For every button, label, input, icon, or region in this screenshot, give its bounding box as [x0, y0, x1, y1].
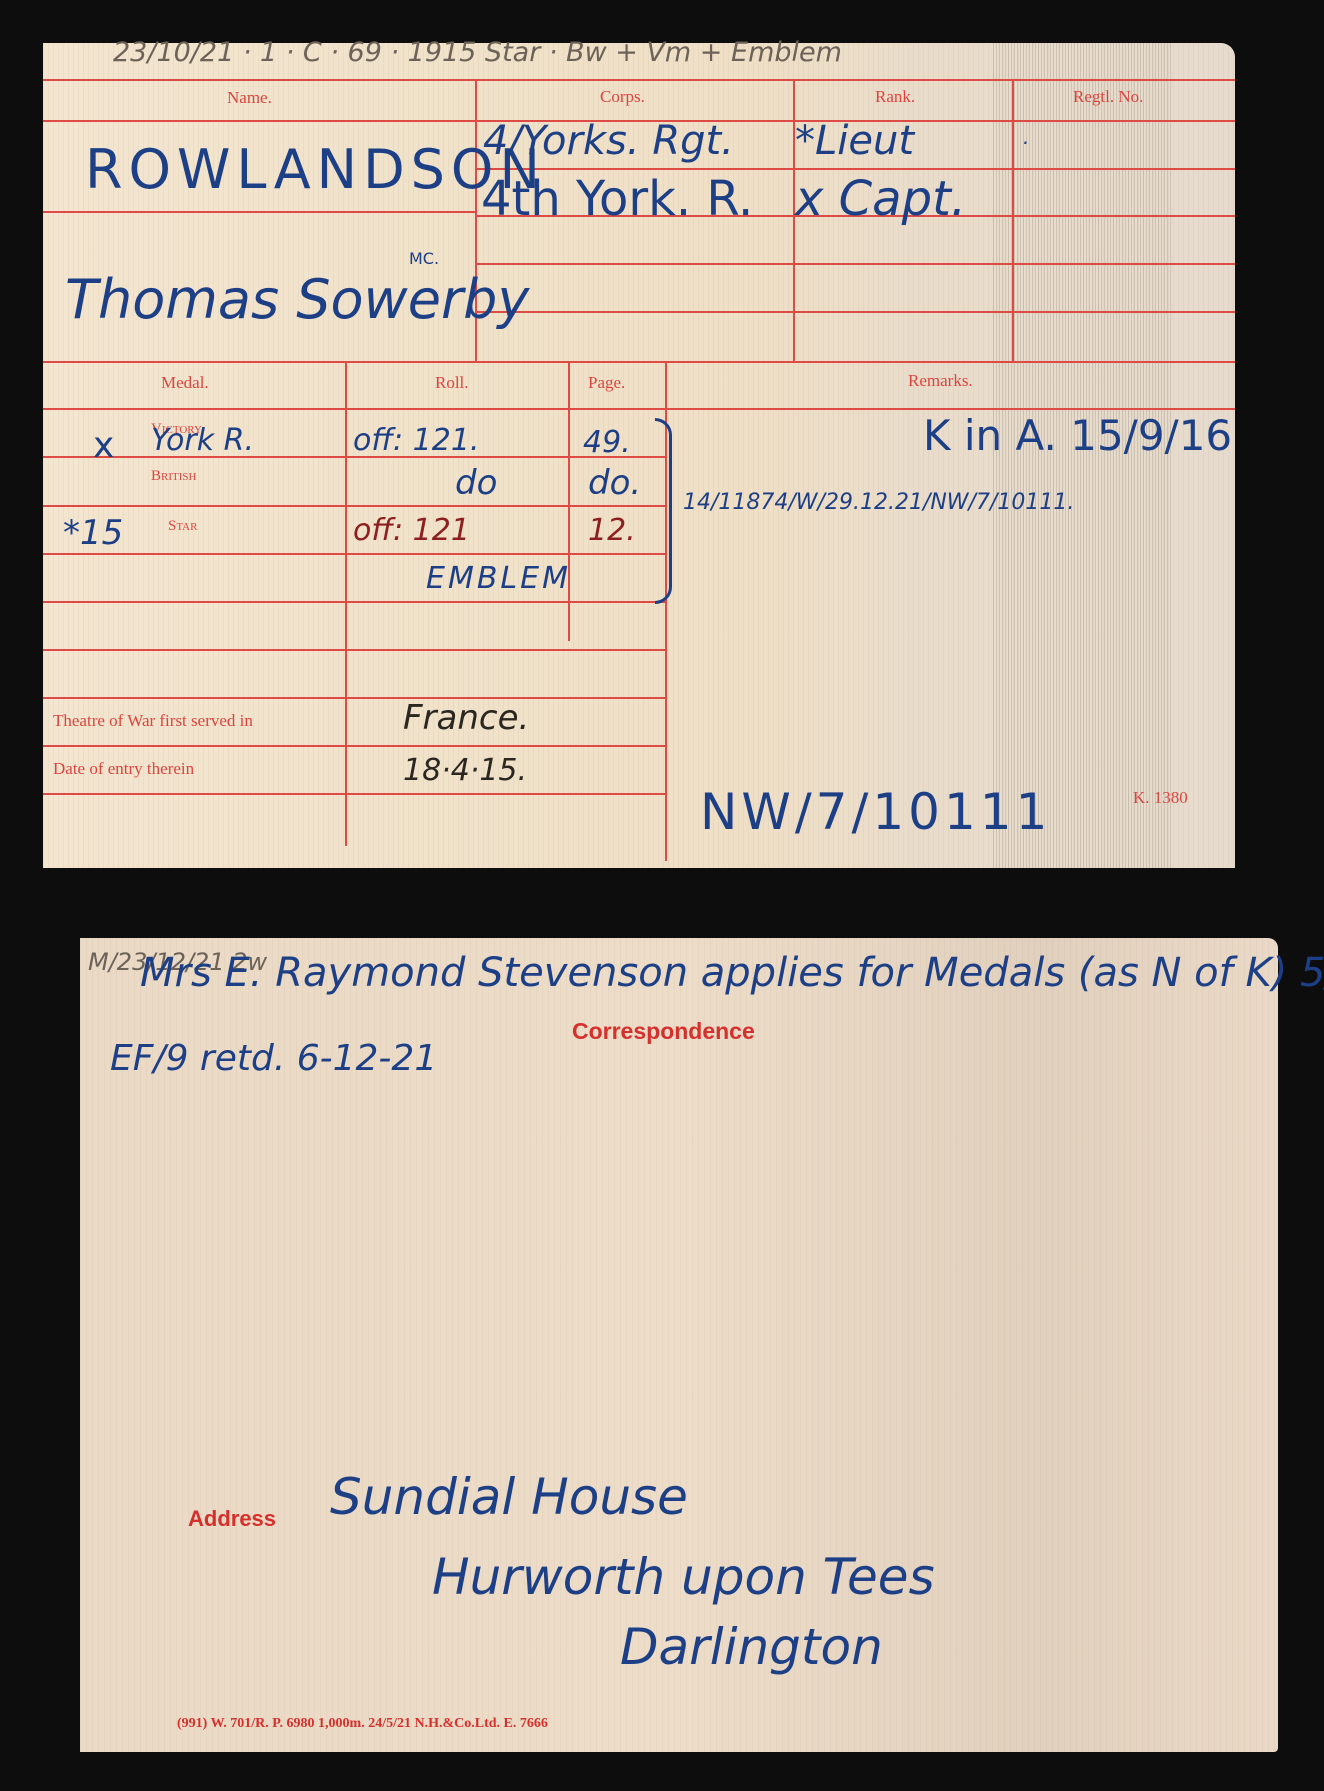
medal-row-3-printed: Star: [168, 518, 197, 535]
col-divider-rank: [1012, 79, 1014, 363]
printer-line: (991) W. 701/R. P. 6980 1,000m. 24/5/21 …: [177, 1716, 548, 1732]
top-annotation: 23/10/21 · 1 · C · 69 · 1915 Star · Bw +…: [113, 37, 842, 68]
address-line-1: Sundial House: [330, 1468, 688, 1526]
medal-row-2-printed: British: [151, 468, 196, 485]
rule-name-header: [43, 120, 475, 122]
rule-name-mid: [43, 211, 475, 213]
medal-row-2-roll: do: [455, 463, 497, 503]
rule-medal-8: [43, 793, 665, 795]
rule-medal-4: [43, 601, 665, 603]
rule-medal-6: [43, 697, 665, 699]
medal-row-1-note: York R.: [151, 423, 254, 458]
date-entry-label: Date of entry therein: [53, 759, 194, 779]
correspondence-line-1: Mrs E. Raymond Stevenson applies for Med…: [140, 950, 1324, 996]
remarks-header: Remarks.: [908, 371, 973, 391]
col-divider-medal: [345, 361, 347, 846]
medal-row-1-page: 49.: [583, 425, 631, 460]
roll-header: Roll.: [435, 373, 469, 393]
medal-row-1-roll: off: 121.: [353, 423, 479, 458]
address-label: Address: [188, 1506, 276, 1532]
honour-mc: MC.: [409, 249, 439, 268]
rule-medal-5: [43, 649, 665, 651]
rule-row-1: [477, 168, 1235, 170]
date-entry-value: 18·4·15.: [403, 753, 527, 788]
rule-medal-3: [43, 553, 665, 555]
medal-row-3-page: 12.: [588, 513, 636, 548]
rule-section-1: [43, 361, 1235, 363]
rank-header: Rank.: [875, 87, 915, 107]
rule-row-3: [477, 263, 1235, 265]
correspondence-line-2: EF/9 retd. 6-12-21: [110, 1038, 437, 1079]
medal-row-2-page: do.: [588, 463, 641, 503]
correspondence-title: Correspondence: [572, 1018, 755, 1045]
rank-line-1: *Lieut: [795, 118, 914, 164]
medal-index-card-front: 23/10/21 · 1 · C · 69 · 1915 Star · Bw +…: [43, 43, 1235, 868]
medal-row-3-roll: off: 121: [353, 513, 470, 548]
regtl-no-header: Regtl. No.: [1073, 87, 1143, 107]
medal-row-4-emblem: EMBLEM: [426, 561, 571, 596]
rule-row-4: [477, 311, 1235, 313]
file-reference: NW/7/10111: [700, 783, 1051, 841]
remarks-line-2: 14/11874/W/29.12.21/NW/7/10111.: [683, 490, 1074, 515]
regtl-no-value: .: [1023, 125, 1029, 149]
rule-medal-header: [43, 408, 1235, 410]
page-header: Page.: [588, 373, 625, 393]
corps-header: Corps.: [600, 87, 645, 107]
corps-line-2: 4th York. R.: [481, 171, 753, 227]
name-header: Name.: [227, 88, 272, 108]
remarks-brace: [655, 418, 672, 604]
address-line-2: Hurworth upon Tees: [432, 1548, 935, 1606]
medal-header: Medal.: [161, 373, 209, 393]
rule-top: [43, 79, 1235, 81]
corps-line-1: 4/Yorks. Rgt.: [483, 118, 734, 164]
rule-medal-7: [43, 745, 665, 747]
medal-row-3-mark: *15: [63, 513, 123, 553]
remarks-line-1: K in A. 15/9/16: [923, 411, 1232, 460]
theatre-label: Theatre of War first served in: [53, 711, 253, 731]
col-divider-roll: [568, 361, 570, 641]
rank-line-2: x Capt.: [795, 171, 966, 227]
form-number: K. 1380: [1133, 788, 1188, 808]
medal-row-1-mark: x: [93, 425, 114, 466]
medal-index-card-back: M/23/12/21 2w Mrs E. Raymond Stevenson a…: [80, 938, 1278, 1752]
address-line-3: Darlington: [620, 1618, 883, 1676]
surname: ROWLANDSON: [85, 138, 546, 201]
theatre-value: France.: [403, 698, 529, 738]
rule-medal-2: [43, 505, 665, 507]
forenames: Thomas Sowerby: [65, 268, 529, 331]
